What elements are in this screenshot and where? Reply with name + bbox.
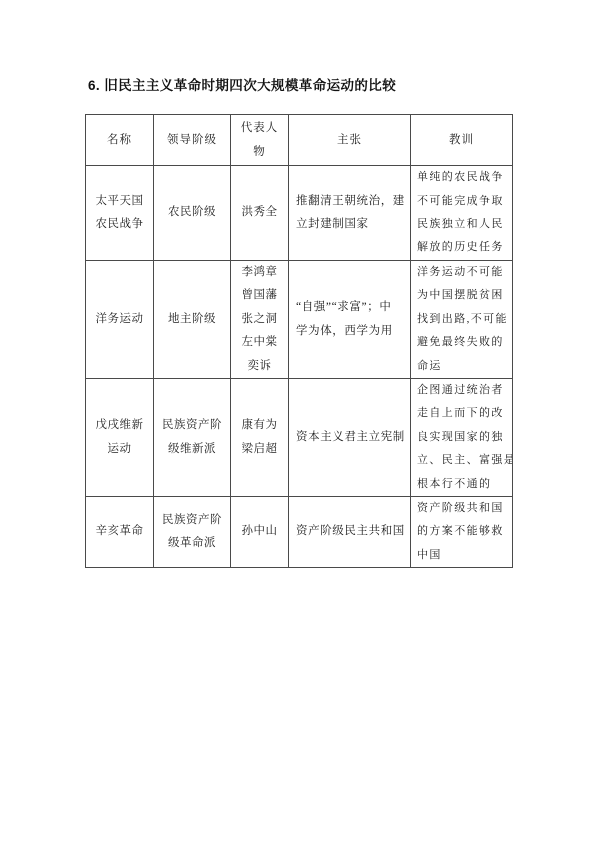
cell-leading-class: 农民阶级 [154,166,231,261]
comparison-table: 名称 领导阶级 代表人 物 主张 教训 太平天国 农民战争 农民阶级 洪秀全 推… [85,114,513,568]
cell-name: 太平天国 农民战争 [86,166,154,261]
cell-name: 戊戌维新 运动 [86,379,154,497]
cell-proposition: 推翻清王朝统治，建 立封建制国家 [289,166,411,261]
table-header-row: 名称 领导阶级 代表人 物 主张 教训 [86,115,513,166]
cell-leading-class: 民族资产阶 级维新派 [154,379,231,497]
cell-name: 辛亥革命 [86,497,154,568]
table-row-yangwu: 洋务运动 地主阶级 李鸿章 曾国藩 张之洞 左中棠 奕诉 “自强”“求富”；中 … [86,261,513,379]
cell-lesson: 洋务运动不可能 为中国摆脱贫困 找到出路,不可能 避免最终失败的 命运 [411,261,513,379]
cell-lesson: 单纯的农民战争 不可能完成争取 民族独立和人民 解放的历史任务 [411,166,513,261]
cell-proposition: “自强”“求富”；中 学为体，西学为用 [289,261,411,379]
header-leading-class: 领导阶级 [154,115,231,166]
header-representatives: 代表人 物 [231,115,289,166]
table-row-wuxu: 戊戌维新 运动 民族资产阶 级维新派 康有为 梁启超 资本主义君主立宪制 企图通… [86,379,513,497]
header-lesson: 教训 [411,115,513,166]
cell-representatives: 洪秀全 [231,166,289,261]
cell-leading-class: 地主阶级 [154,261,231,379]
table-row-taiping: 太平天国 农民战争 农民阶级 洪秀全 推翻清王朝统治，建 立封建制国家 单纯的农… [86,166,513,261]
header-name: 名称 [86,115,154,166]
cell-lesson: 资产阶级共和国 的方案不能够救 中国 [411,497,513,568]
cell-name: 洋务运动 [86,261,154,379]
table-row-xinhai: 辛亥革命 民族资产阶 级革命派 孙中山 资产阶级民主共和国 资产阶级共和国 的方… [86,497,513,568]
header-proposition: 主张 [289,115,411,166]
cell-representatives: 孙中山 [231,497,289,568]
cell-lesson: 企图通过统治者 走自上而下的改 良实现国家的独 立、民主、富强是 根本行不通的 [411,379,513,497]
page-title: 6. 旧民主主义革命时期四次大规模革命运动的比较 [88,74,396,94]
cell-proposition: 资本主义君主立宪制 [289,379,411,497]
cell-leading-class: 民族资产阶 级革命派 [154,497,231,568]
cell-representatives: 李鸿章 曾国藩 张之洞 左中棠 奕诉 [231,261,289,379]
cell-proposition: 资产阶级民主共和国 [289,497,411,568]
cell-representatives: 康有为 梁启超 [231,379,289,497]
